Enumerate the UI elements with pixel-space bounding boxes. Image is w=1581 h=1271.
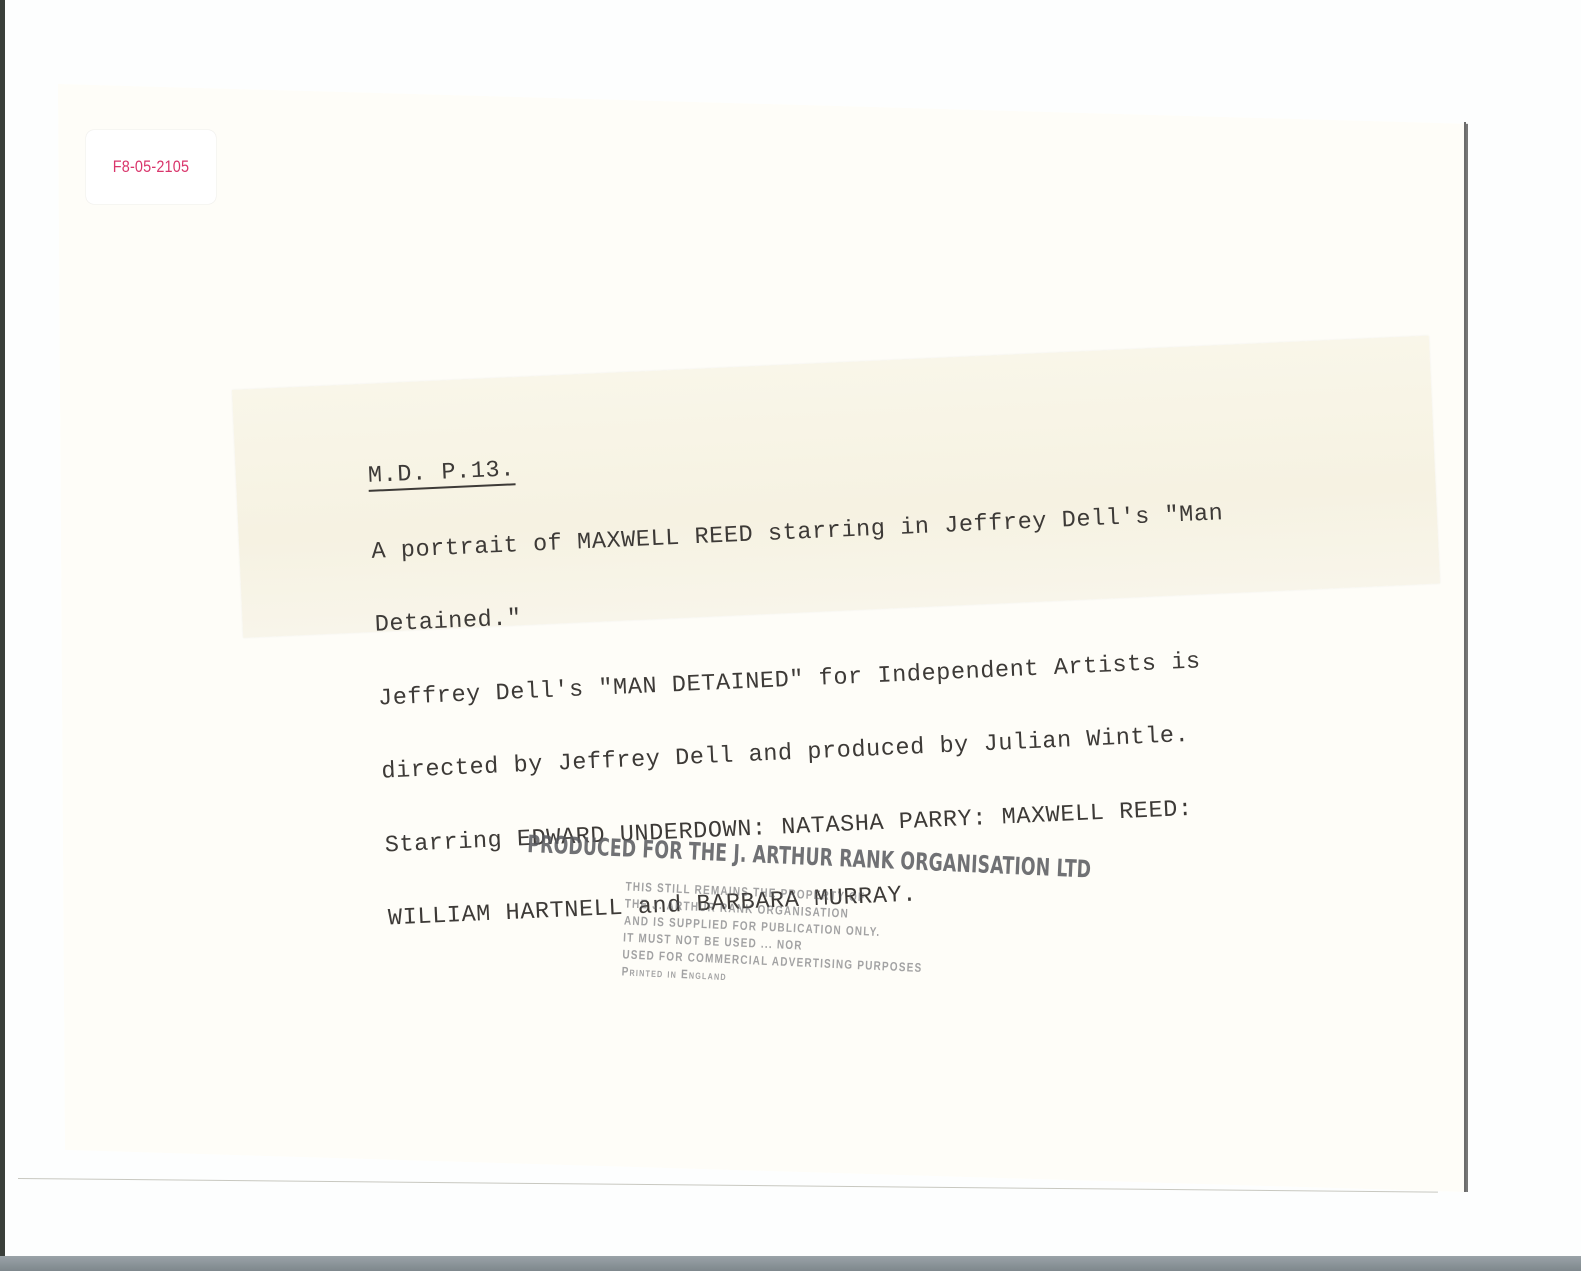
- inventory-label: F8-05-2105: [86, 130, 216, 204]
- caption-line: Detained.": [374, 575, 1227, 638]
- scanner-edge-left: [0, 0, 5, 1271]
- photo-sheet-right-edge: [1464, 122, 1466, 1192]
- caption-line: A portrait of MAXWELL REED starring in J…: [371, 502, 1224, 565]
- inventory-number: F8-05-2105: [113, 157, 189, 177]
- rank-organisation-stamp: PRODUCED FOR THE J. ARTHUR RANK ORGANISA…: [519, 830, 1127, 1057]
- stamp-body: THIS STILL REMAINS THE PROPERTY OF THE J…: [621, 878, 926, 994]
- scanner-edge-bottom: [0, 1256, 1581, 1271]
- caption-line: Jeffrey Dell's "MAN DETAINED" for Indepe…: [378, 649, 1231, 712]
- caption-reference: M.D. P.13.: [368, 458, 516, 491]
- caption-line: directed by Jeffrey Dell and produced by…: [381, 722, 1234, 785]
